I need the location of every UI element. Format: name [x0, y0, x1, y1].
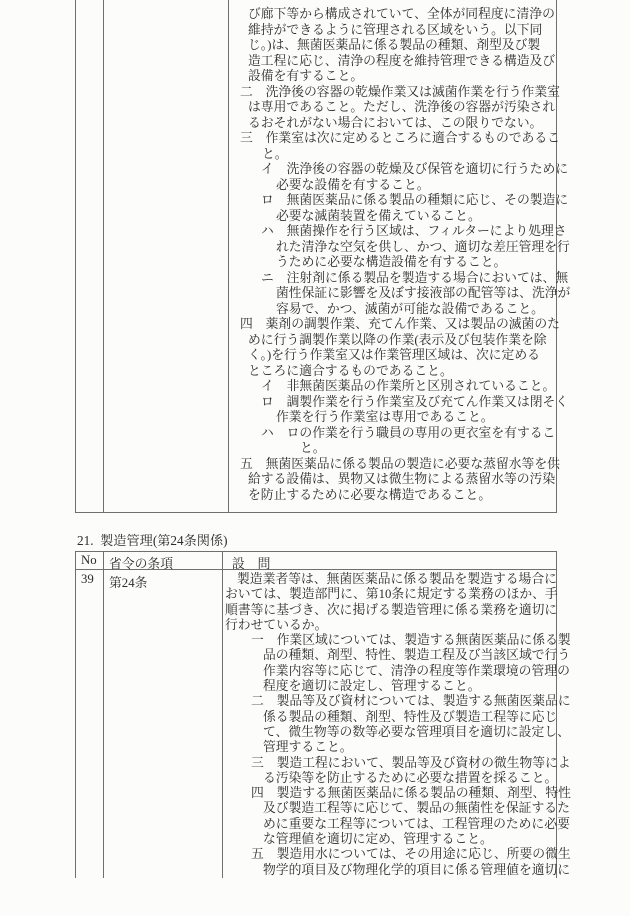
text-line: 製造業者等は、無菌医薬品に係る製品を製造する場合に	[225, 572, 555, 587]
text-line: 容易で、かつ、滅菌が可能な設備であること。	[231, 302, 554, 318]
text-line: 管理すること。	[225, 740, 555, 755]
text-line: 物学的項目及び物理化学的項目に係る管理値を適切に	[225, 863, 555, 878]
text-line: 五 製造用水については、その用途に応じ、所要の微生	[225, 847, 555, 862]
text-line: 品の種類、剤型、特性、製造工程及び当該区域で行う	[225, 648, 555, 663]
column-divider	[103, 552, 104, 878]
column-header-no: No	[81, 553, 97, 568]
text-line: 程度を適切に設定し、管理すること。	[225, 679, 555, 694]
text-line: 必要な設備を有すること。	[231, 178, 554, 194]
text-line: 二 洗浄後の容器の乾燥作業又は滅菌作業を行う作業室	[231, 85, 554, 101]
text-line: 一 作業区域については、製造する無菌医薬品に係る製	[225, 633, 555, 648]
text-line: 作業内容等に応じて、清浄の程度等作業環境の管理の	[225, 664, 555, 679]
text-line: 三 製造工程において、製品等及び資材の微生物等によ	[225, 756, 555, 771]
text-line: 三 作業室は次に定めるところに適合するものであるこ	[231, 131, 554, 147]
text-line: れた清浄な空気を供し、かつ、適切な差圧管理を行	[231, 240, 554, 256]
text-line: 給する設備は、異物又は微生物による蒸留水等の汚染	[231, 472, 554, 488]
question-text-cell: 製造業者等は、無菌医薬品に係る製品を製造する場合においては、製造部門に、第10条…	[225, 572, 555, 878]
text-line: ハ 無菌操作を行う区域は、フィルターにより処理さ	[231, 224, 554, 240]
text-line: めに行う調製作業以降の作業(表示及び包装作業を除	[231, 333, 554, 349]
text-line: 四 薬剤の調製作業、充てん作業、又は製品の滅菌のた	[231, 317, 554, 333]
text-line: 造工程に応じ、清浄の程度を維持管理できる構造及び	[231, 54, 554, 70]
manufacturing-control-table: No 省令の条項 設 問 39 第24条 製造業者等は、無菌医薬品に係る製品を製…	[75, 551, 557, 878]
text-line: イ 非無菌医薬品の作業所と区別されていること。	[231, 379, 554, 395]
table-header-row: No 省令の条項 設 問	[76, 552, 556, 570]
text-line: る汚染等を防止するために必要な措置を採ること。	[225, 771, 555, 786]
text-line: ハ ロの作業を行う職員の専用の更衣室を有するこ	[231, 426, 554, 442]
provision-text-continued: び廊下等から構成されていて、全体が同程度に清浄の維持ができるように管理される区域…	[231, 7, 554, 503]
text-line: めに重要な工程等については、工程管理のために必要	[225, 817, 555, 832]
text-line: な管理値を適切に定め、管理すること。	[225, 832, 555, 847]
text-line: イ 洗浄後の容器の乾燥及び保管を適切に行うために	[231, 162, 554, 178]
text-line: と。	[231, 441, 554, 457]
text-line: 及び製造工程等に応じて、製品の無菌性を保証するた	[225, 801, 555, 816]
text-line: 行わせているか。	[225, 618, 555, 633]
text-line: じ。)は、無菌医薬品に係る製品の種類、剤型及び製	[231, 38, 554, 54]
column-header-article: 省令の条項	[109, 553, 173, 572]
text-line: 五 無菌医薬品に係る製品の製造に必要な蒸留水等を供	[231, 457, 554, 473]
text-line: を防止するために必要な構造であること。	[231, 488, 554, 504]
text-line: て、微生物等の数等必要な管理項目を適切に設定し、	[225, 725, 555, 740]
text-line: ロ 調製作業を行う作業室及び充てん作業又は閉そく	[231, 395, 554, 411]
text-line: ところに適合するものであること。	[231, 364, 554, 380]
section-heading: 21. 製造管理(第24条関係)	[77, 530, 228, 549]
text-line: ニ 注射剤に係る製品を製造する場合においては、無	[231, 271, 554, 287]
text-line: 二 製品等及び資材については、製造する無菌医薬品に	[225, 694, 555, 709]
column-header-question: 設 問	[232, 553, 270, 572]
column-divider	[228, 0, 229, 512]
text-line: 維持ができるように管理される区域をいう。以下同	[231, 23, 554, 39]
row-number-cell: 39	[81, 572, 94, 587]
text-line: く。)を行う作業室又は作業管理区域は、次に定める	[231, 348, 554, 364]
text-line: 順書等に基づき、次に掲げる製造管理に係る業務を適切に	[225, 603, 555, 618]
table-structure-equipment-continued: び廊下等から構成されていて、全体が同程度に清浄の維持ができるように管理される区域…	[75, 0, 557, 513]
row-article-cell: 第24条	[109, 572, 147, 591]
column-divider	[103, 0, 104, 512]
text-line: は専用であること。ただし、洗浄後の容器が汚染され	[231, 100, 554, 116]
text-line: 菌性保証に影響を及ぼす接液部の配管等は、洗浄が	[231, 286, 554, 302]
text-line: るおそれがない場合においては、この限りでない。	[231, 116, 554, 132]
text-line: 四 製造する無菌医薬品に係る製品の種類、剤型、特性	[225, 786, 555, 801]
text-line: び廊下等から構成されていて、全体が同程度に清浄の	[231, 7, 554, 23]
text-line: うために必要な構造設備を有すること。	[231, 255, 554, 271]
text-line: 係る製品の種類、剤型、特性及び製造工程等に応じ	[225, 710, 555, 725]
document-page: び廊下等から構成されていて、全体が同程度に清浄の維持ができるように管理される区域…	[0, 0, 630, 916]
text-line: 必要な滅菌装置を備えていること。	[231, 209, 554, 225]
text-line: と。	[231, 147, 554, 163]
text-line: おいては、製造部門に、第10条に規定する業務のほか、手	[225, 587, 555, 602]
column-divider	[222, 552, 223, 878]
text-line: 設備を有すること。	[231, 69, 554, 85]
text-line: ロ 無菌医薬品に係る製品の種類に応じ、その製造に	[231, 193, 554, 209]
text-line: 作業を行う作業室は専用であること。	[231, 410, 554, 426]
